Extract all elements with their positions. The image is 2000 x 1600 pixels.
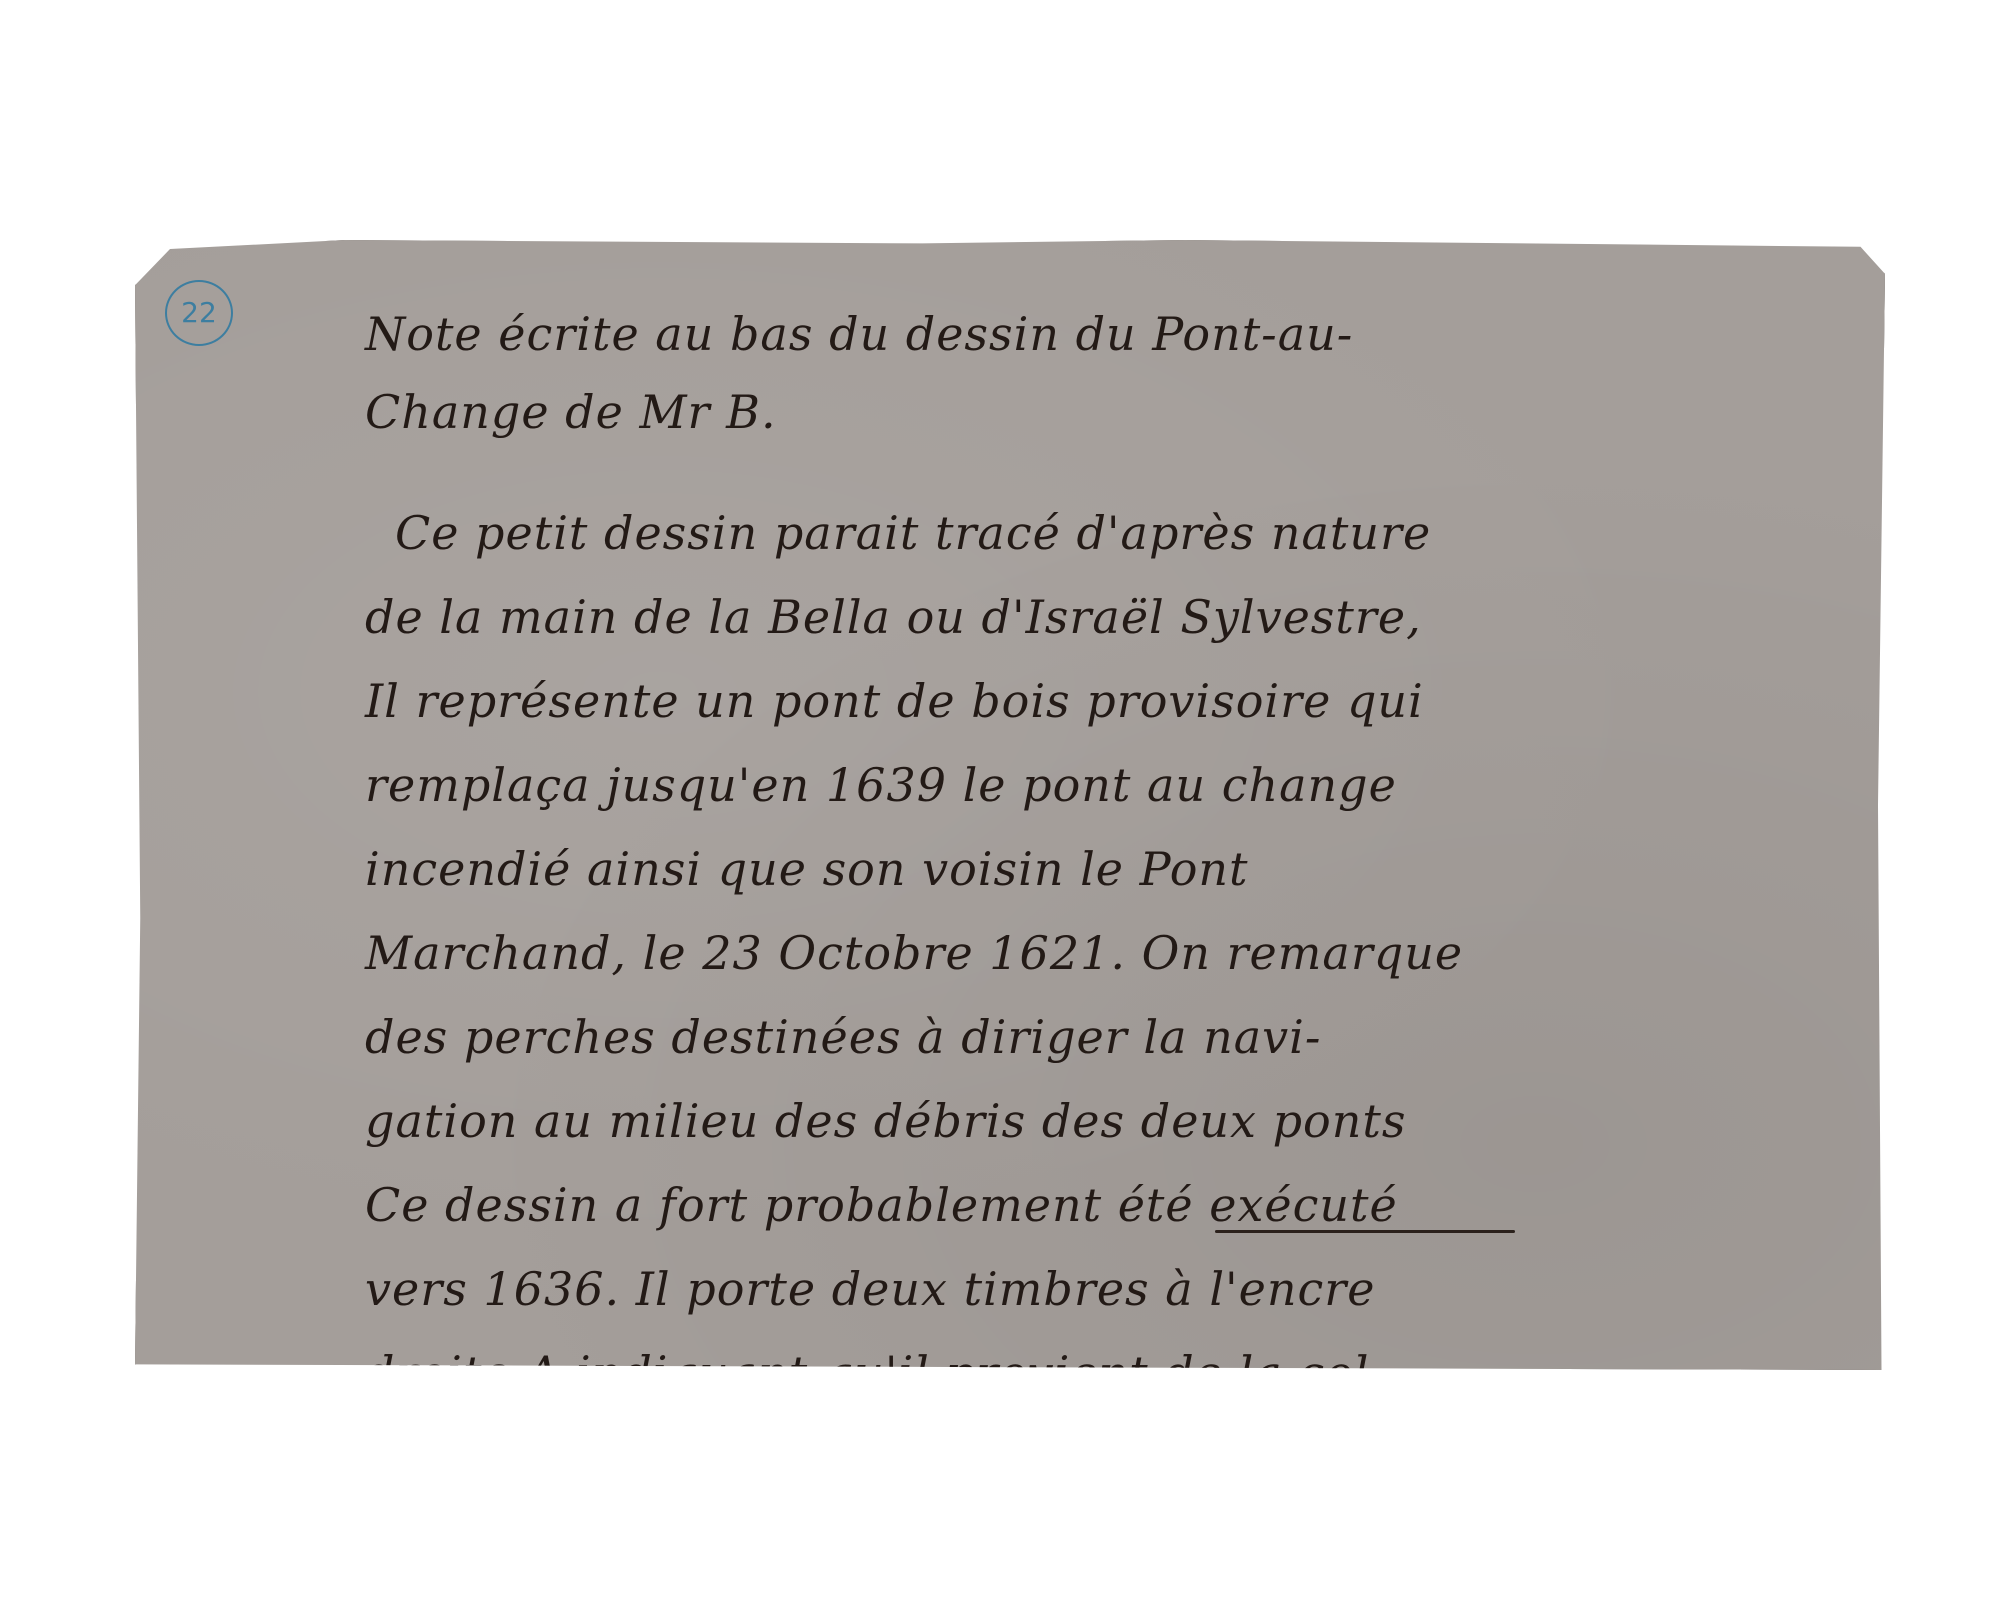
body-line: incendié ainsi que son voisin le Pont	[365, 827, 1845, 911]
folio-number-badge: 22	[165, 280, 233, 346]
body-line: gation au milieu des débris des deux pon…	[365, 1079, 1845, 1163]
body-line: lection Lagoy dont il existe un catalogu…	[365, 1415, 1845, 1499]
manuscript-page: 22 Note écrite au bas du dessin du Pont-…	[135, 240, 1885, 1370]
document-stage: 22 Note écrite au bas du dessin du Pont-…	[0, 0, 2000, 1600]
body-line: Marchand, le 23 Octobre 1621. On remarqu…	[365, 911, 1845, 995]
body-line: Ce dessin a fort probablement été exécut…	[365, 1163, 1845, 1247]
paragraph-gap	[365, 451, 1845, 491]
body-line: droite A indiquant qu'il provient de la …	[365, 1331, 1845, 1415]
heading-line: Change de Mr B.	[365, 373, 1845, 451]
heading-line: Note écrite au bas du dessin du Pont-au-	[365, 295, 1845, 373]
manuscript-text: Note écrite au bas du dessin du Pont-au-…	[365, 295, 1845, 1499]
closing-rule-divider	[1215, 1230, 1515, 1233]
body-line: remplaça jusqu'en 1639 le pont au change	[365, 743, 1845, 827]
body-line: des perches destinées à diriger la navi-	[365, 995, 1845, 1079]
body-line: Il représente un pont de bois provisoire…	[365, 659, 1845, 743]
body-line: vers 1636. Il porte deux timbres à l'enc…	[365, 1247, 1845, 1331]
body-line: Ce petit dessin parait tracé d'après nat…	[365, 491, 1845, 575]
body-line: de la main de la Bella ou d'Israël Sylve…	[365, 575, 1845, 659]
